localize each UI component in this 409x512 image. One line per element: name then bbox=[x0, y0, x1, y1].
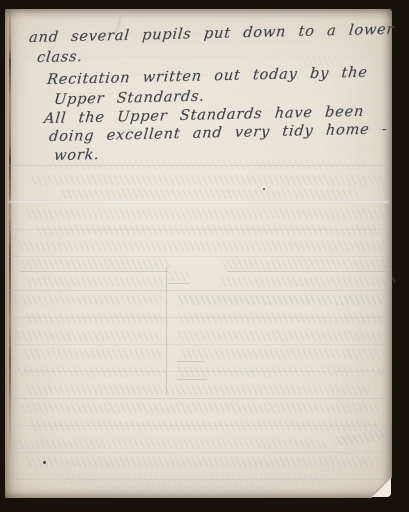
ruled-line bbox=[8, 256, 389, 257]
ghost-writing-line bbox=[177, 295, 382, 305]
ghost-writing-line bbox=[295, 57, 343, 67]
ghost-writing-line bbox=[220, 259, 390, 269]
ruled-line bbox=[8, 200, 389, 204]
ghost-writing-line bbox=[177, 331, 382, 341]
ghost-writing-line bbox=[25, 385, 370, 395]
notebook-page: and several pupils put down to a lower c… bbox=[5, 9, 392, 498]
ghost-writing-line bbox=[30, 175, 385, 185]
ghost-writing-line bbox=[23, 349, 163, 359]
ruled-line bbox=[8, 290, 389, 291]
notebook-photo: { "notebook": { "lines": [ "and several … bbox=[0, 0, 409, 512]
ghost-writing-line bbox=[95, 486, 275, 496]
binding-gutter-edge bbox=[9, 11, 11, 459]
ghost-writing-line bbox=[25, 209, 385, 219]
ghost-writing-line bbox=[30, 421, 380, 431]
ghost-writing-line bbox=[15, 331, 160, 341]
ghost-writing-line bbox=[25, 277, 165, 287]
ghost-underline bbox=[20, 271, 168, 272]
ruled-line bbox=[8, 452, 389, 453]
ink-speck bbox=[43, 461, 46, 464]
handwritten-line: class. bbox=[36, 50, 83, 66]
ghost-writing-line bbox=[220, 277, 395, 287]
ghost-writing-line bbox=[25, 313, 163, 323]
ghost-writing-line bbox=[17, 367, 165, 377]
ghost-writing-line bbox=[17, 439, 327, 449]
ghost-blue-scribble bbox=[335, 429, 388, 446]
ghost-sum-mark bbox=[168, 271, 190, 281]
ghost-writing-line bbox=[60, 474, 330, 484]
ghost-writing-line bbox=[20, 403, 380, 413]
ghost-writing-line bbox=[177, 367, 385, 377]
ghost-writing-line bbox=[60, 189, 360, 199]
ghost-underline bbox=[177, 379, 207, 380]
ghost-writing-line bbox=[25, 457, 375, 467]
ink-speck bbox=[263, 188, 265, 190]
ghost-underline bbox=[177, 361, 205, 362]
handwritten-line: and several pupils put down to a lower bbox=[28, 23, 395, 46]
ghost-writing-line bbox=[45, 159, 365, 169]
ghost-writing-line bbox=[20, 259, 170, 269]
handwritten-line: Recitation written out today by the bbox=[46, 66, 368, 88]
ghost-underline bbox=[227, 271, 390, 272]
ruled-line bbox=[8, 344, 389, 345]
page-corner-fold bbox=[371, 477, 391, 497]
ghost-underline bbox=[168, 283, 190, 284]
ghost-writing-line bbox=[17, 241, 387, 251]
ghost-writing-line bbox=[20, 295, 162, 305]
ghost-writing-line bbox=[35, 225, 380, 235]
ghost-writing-line bbox=[180, 349, 380, 359]
ruled-line bbox=[8, 398, 389, 399]
ghost-writing-line bbox=[177, 313, 387, 323]
handwritten-line: Upper Standards. bbox=[53, 90, 205, 108]
ghost-margin-line bbox=[166, 267, 167, 395]
